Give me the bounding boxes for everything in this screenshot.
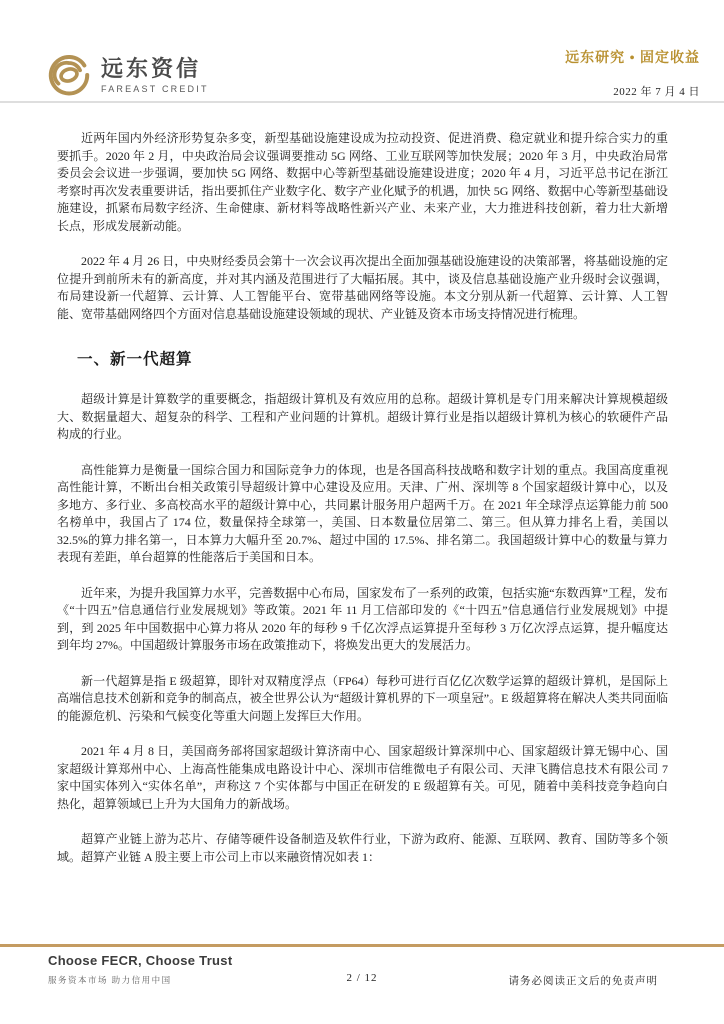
header-right: 远东研究 • 固定收益 2022 年 7 月 4 日 <box>565 47 700 99</box>
brand-name-cn: 远东资信 <box>101 57 209 81</box>
company-logo: 远东资信 FAREAST CREDIT <box>46 52 209 98</box>
paragraph: 近年来，为提升我国算力水平，完善数据中心布局，国家发布了一系列的政策，包括实施“… <box>57 585 668 655</box>
brand-name-en: FAREAST CREDIT <box>101 84 209 94</box>
paragraph: 高性能算力是衡量一国综合国力和国际竞争力的体现，也是各国高科技战略和数字计划的重… <box>57 462 668 567</box>
paragraph: 2021 年 4 月 8 日，美国商务部将国家超级计算济南中心、国家超级计算深圳… <box>57 743 668 813</box>
report-date: 2022 年 7 月 4 日 <box>565 83 700 99</box>
footer-slogan-en: Choose FECR, Choose Trust <box>48 953 232 968</box>
footer-gold-rule <box>0 944 724 947</box>
paragraph: 新一代超算是指 E 级超算，即针对双精度浮点（FP64）每秒可进行百亿亿次数学运… <box>57 673 668 726</box>
report-page: 远东资信 FAREAST CREDIT 远东研究 • 固定收益 2022 年 7… <box>0 0 724 1024</box>
footer-disclaimer: 请务必阅读正文后的免责声明 <box>509 973 659 988</box>
fareast-swirl-icon <box>46 52 92 98</box>
logo-text: 远东资信 FAREAST CREDIT <box>101 57 209 94</box>
paragraph: 近两年国内外经济形势复杂多变，新型基础设施建设成为拉动投资、促进消费、稳定就业和… <box>57 130 668 235</box>
section-heading: 一、新一代超算 <box>57 350 668 370</box>
page-footer: Choose FECR, Choose Trust 服务资本市场 助力信用中国 … <box>0 944 724 1024</box>
document-body: 近两年国内外经济形势复杂多变，新型基础设施建设成为拉动投资、促进消费、稳定就业和… <box>57 130 668 884</box>
paragraph: 超算产业链上游为芯片、存储等硬件设备制造及软件行业，下游为政府、能源、互联网、教… <box>57 831 668 866</box>
paragraph: 2022 年 4 月 26 日，中央财经委员会第十一次会议再次提出全面加强基础设… <box>57 253 668 323</box>
report-series-label: 远东研究 • 固定收益 <box>565 47 700 67</box>
page-header: 远东资信 FAREAST CREDIT 远东研究 • 固定收益 2022 年 7… <box>0 0 724 103</box>
paragraph: 超级计算是计算数学的重要概念，指超级计算机及有效应用的总称。超级计算机是专门用来… <box>57 391 668 444</box>
header-divider <box>0 101 724 103</box>
